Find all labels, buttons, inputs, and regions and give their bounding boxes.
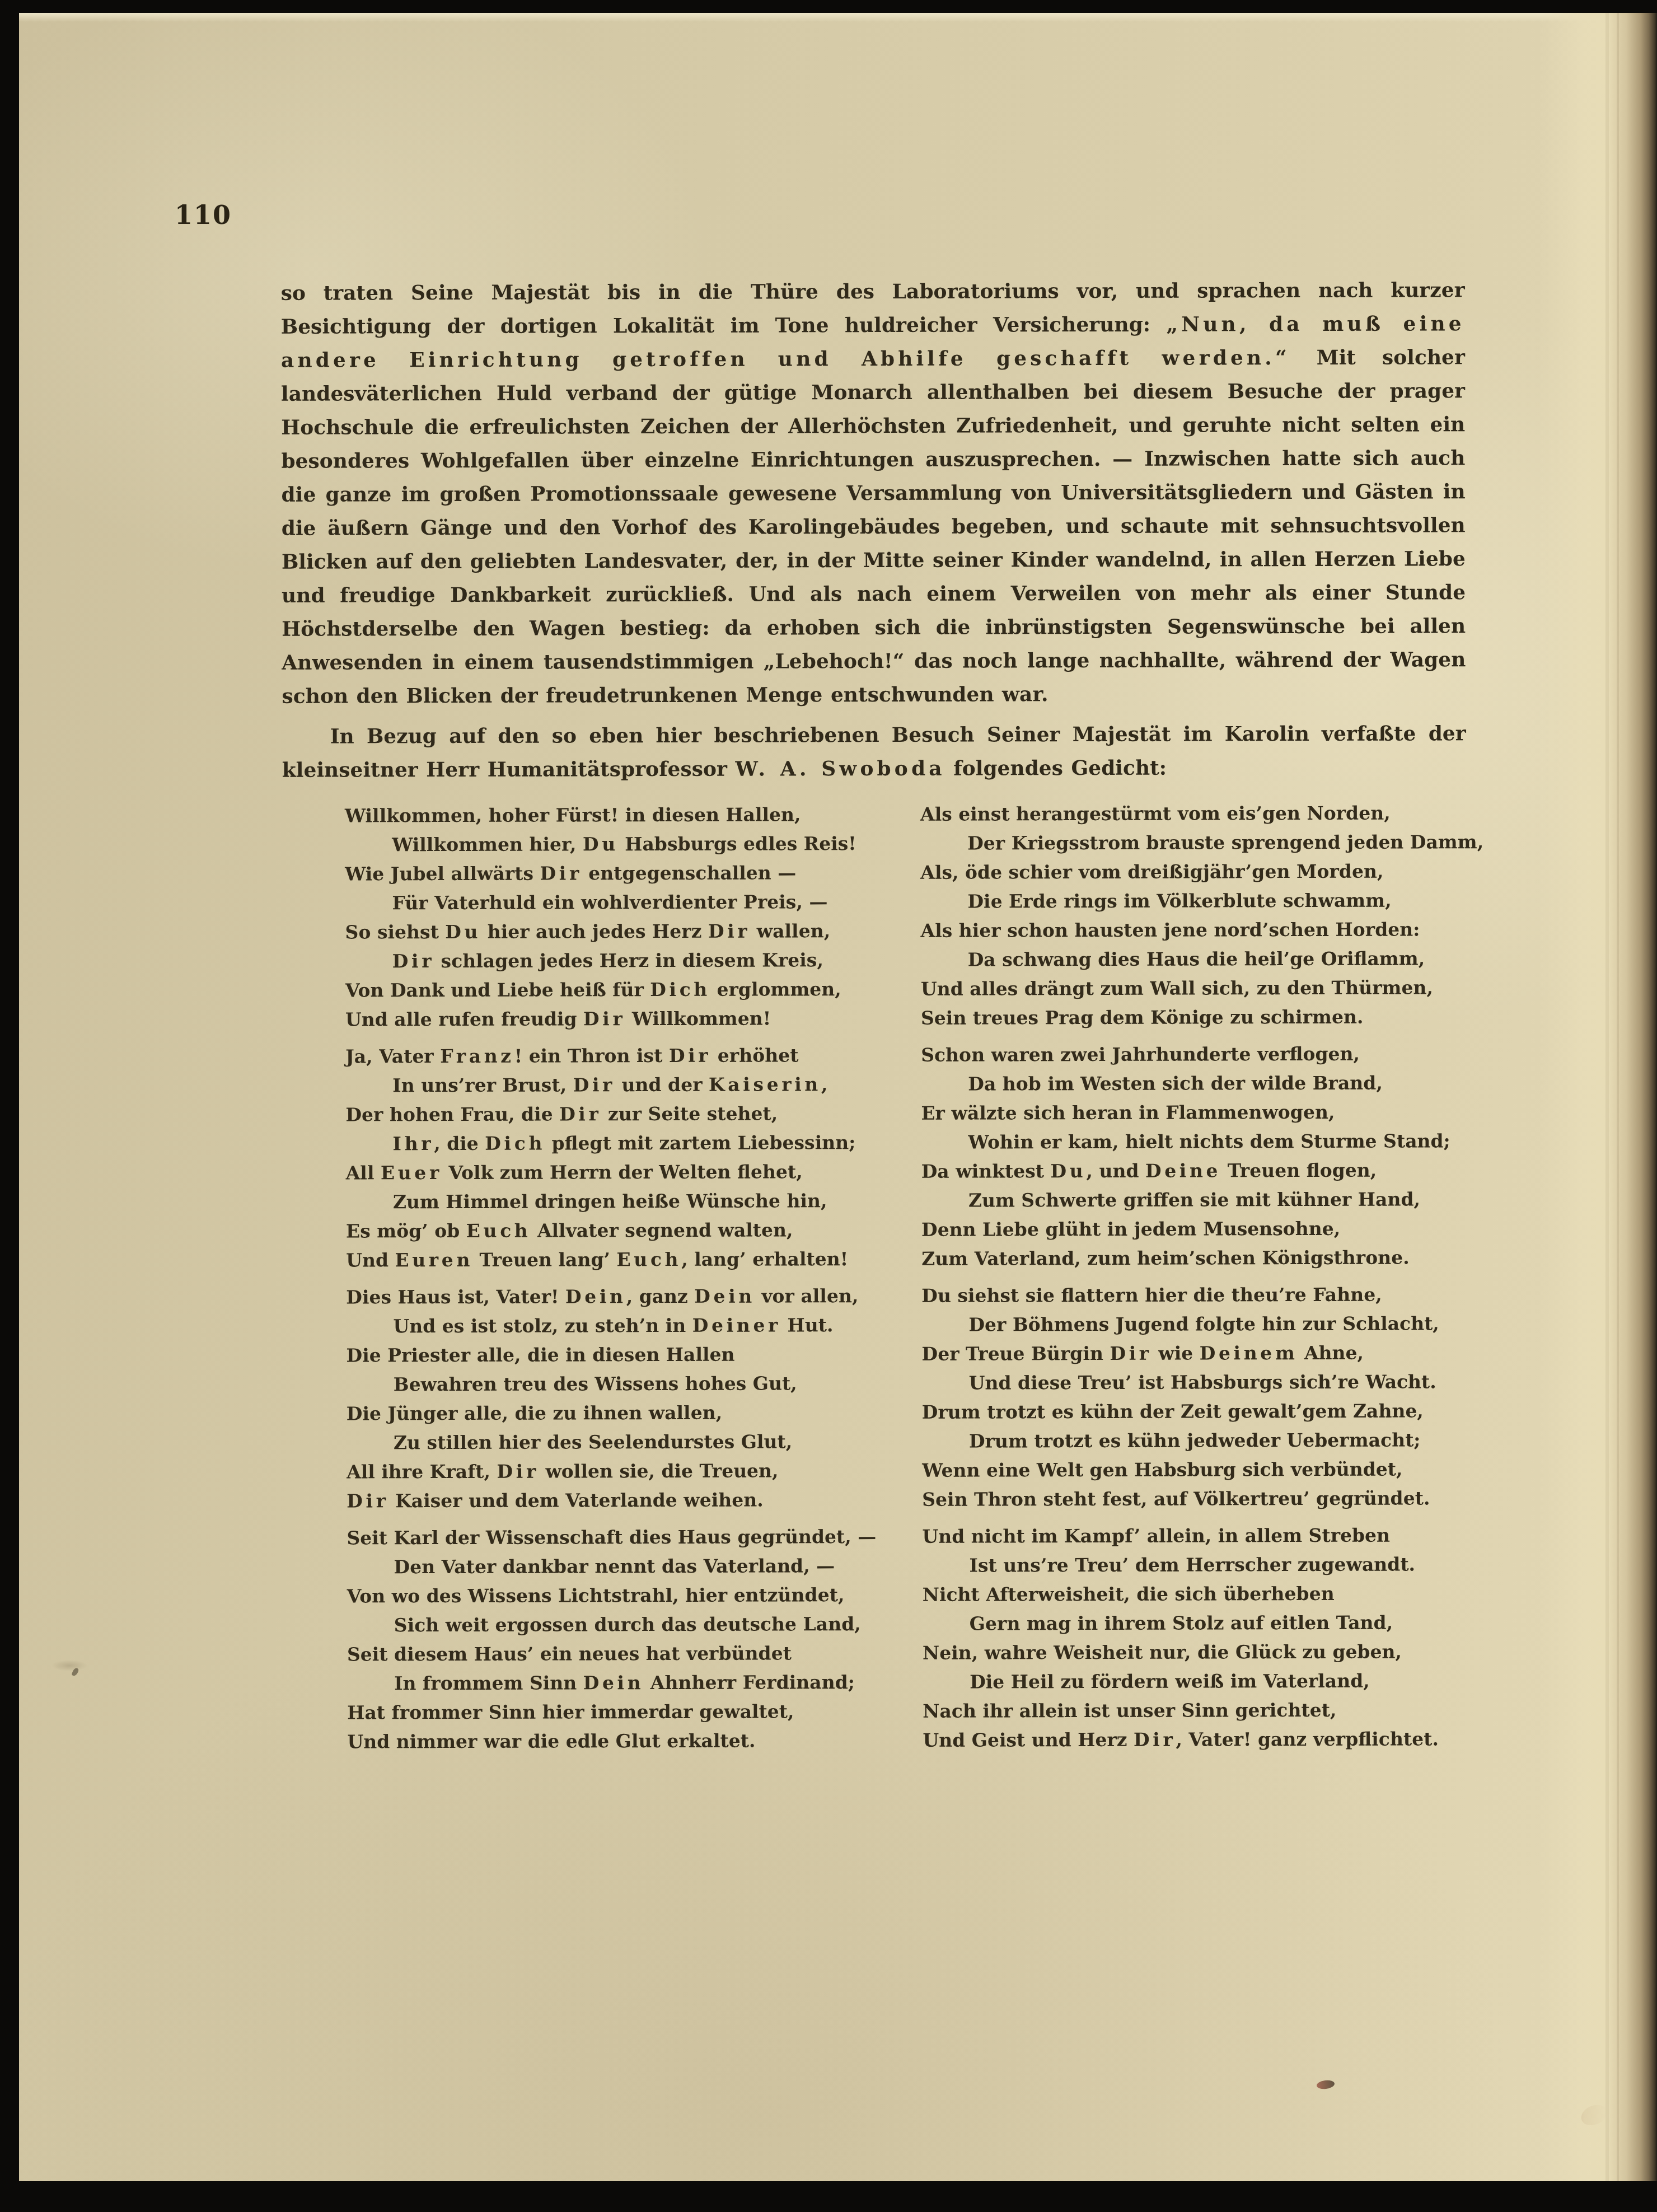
poem-column-right: Als einst herangestürmt vom eis’gen Nord… [920,798,1468,1763]
text-segment: erglommen, [710,978,841,1000]
text-segment: Denn Liebe glüht in jedem Musensohne, [921,1218,1340,1241]
poem-line: Der Treue Bürgin Dir wie Deinem Ahne, [921,1338,1467,1369]
poem-line: Und alle rufen freudig Dir Willkommen! [345,1004,906,1035]
red-speck-stain [1316,2079,1335,2090]
poem-line: Zum Himmel dringen heiße Wünsche hin, [346,1186,907,1217]
text-segment: , die [434,1133,485,1154]
poem-line: Es mög’ ob Euch Allvater segnend walten, [346,1215,907,1246]
poem-line: Der Kriegsstrom brauste sprengend jeden … [920,827,1466,858]
poem-line: Den Vater dankbar nennt das Vaterland, — [347,1551,907,1582]
text-segment: Dein [583,1672,644,1694]
poem-line: Zum Vaterland, zum heim’schen Königsthro… [921,1243,1467,1274]
text-segment: Als einst herangestürmt vom eis’gen Nord… [920,802,1391,825]
prose-paragraph-1: so traten Seine Majestät bis in die Thür… [281,273,1466,713]
text-segment: Von wo des Wissens Lichtstrahl, hier ent… [347,1584,845,1607]
text-segment: Den Vater dankbar nennt das Vaterland, — [394,1555,835,1578]
poem-line: Seit diesem Haus’ ein neues hat verbünde… [347,1639,908,1669]
text-segment: Dir [559,1103,601,1125]
text-segment: Drum trotzt es kühn jedweder Uebermacht; [969,1429,1421,1452]
poem-column-left: Willkommen, hoher Fürst! in diesen Halle… [345,800,908,1765]
text-segment: Ahnherr Ferdinand; [644,1671,855,1694]
poem-stanza: Dies Haus ist, Vater! Dein, ganz Dein vo… [346,1282,907,1516]
poem-line: Dir Kaiser und dem Vaterlande weihen. [347,1485,907,1516]
text-segment: In frommem Sinn [394,1672,583,1694]
text-segment: Du [445,921,481,943]
text-segment: entgegenschallen — [582,862,797,884]
page-number: 110 [175,200,232,230]
text-segment: Nicht Afterweisheit, die sich überheben [923,1583,1335,1606]
text-segment: Er wälzte sich heran in Flammenwogen, [921,1101,1335,1124]
text-segment: Zum Himmel dringen heiße Wünsche hin, [393,1190,827,1213]
poem-line: Ihr, die Dich pflegt mit zartem Liebessi… [346,1128,907,1159]
text-segment: Und diese Treu’ ist Habsburgs sich’re Wa… [969,1371,1436,1393]
poem-line: Als hier schon hausten jene nord’schen H… [921,915,1467,946]
text-segment: pflegt mit zartem Liebessinn; [545,1131,855,1154]
poem-line: Für Vaterhuld ein wohlverdienter Preis, … [345,887,906,918]
poem-line: Dies Haus ist, Vater! Dein, ganz Dein vo… [346,1282,907,1312]
text-segment: Dein [694,1285,755,1307]
text-segment: Habsburgs edles Reis! [619,833,856,855]
text-segment: Willkommen! [625,1007,771,1030]
text-segment: Dir [392,950,434,972]
text-segment: Volk zum Herrn der Welten flehet, [442,1161,803,1184]
poem-line: Da schwang dies Haus die heil’ge Oriflam… [921,944,1467,975]
poem-line: Drum trotzt es kühn jedweder Uebermacht; [922,1425,1468,1456]
text-segment: Schon waren zwei Jahrhunderte verflogen, [921,1043,1360,1066]
text-segment: Wie Jubel allwärts [345,863,540,885]
text-segment: W. A. Swoboda [735,757,945,781]
text-segment: Hat frommer Sinn hier immerdar gewaltet, [347,1700,794,1723]
text-segment: Dir [1134,1729,1176,1751]
poem-line: Die Heil zu fördern weiß im Vaterland, [923,1666,1468,1697]
poem-line: Da hob im Westen sich der wilde Brand, [921,1068,1467,1099]
poem-line: Bewahren treu des Wissens hohes Gut, [347,1369,907,1400]
text-segment: Willkommen hier, [392,833,583,855]
text-segment: Der hohen Frau, die [345,1103,559,1125]
text-segment: Seit diesem Haus’ ein neues hat verbünde… [347,1642,792,1665]
text-segment: Zum Schwerte griffen sie mit kühner Hand… [968,1188,1420,1211]
poem-line: Die Jünger alle, die zu ihnen wallen, [347,1398,907,1429]
text-segment: Der Böhmens Jugend folgte hin zur Schlac… [968,1312,1439,1335]
poem-line: In uns’rer Brust, Dir und der Kaiserin, [345,1070,906,1101]
text-segment: Euren [395,1249,473,1271]
text-segment: Wenn eine Welt gen Habsburg sich verbünd… [922,1458,1402,1481]
text-segment: schlagen jedes Herz in diesem Kreis, [434,949,823,972]
text-segment: Dir [669,1045,711,1067]
poem-line: Willkommen hier, Du Habsburgs edles Reis… [345,829,906,860]
text-segment: Dir [497,1461,539,1483]
poem: Willkommen, hoher Fürst! in diesen Halle… [282,798,1468,1765]
text-segment: Allvater segnend walten, [531,1219,793,1241]
poem-line: Zu stillen hier des Seelendurstes Glut, [347,1427,907,1458]
text-segment: wallen, [750,920,830,942]
poem-line: Sein Thron steht fest, auf Völkertreu’ g… [922,1484,1468,1514]
text-segment: So siehst [345,921,446,943]
poem-line: Und Geist und Herz Dir, Vater! ganz verp… [923,1724,1468,1755]
text-segment: Drum trotzt es kühn der Zeit gewalt’gem … [922,1400,1424,1423]
poem-stanza: Seit Karl der Wissenschaft dies Haus geg… [347,1522,908,1757]
text-segment: Die Erde rings im Völkerblute schwamm, [967,890,1391,913]
poem-line: Seit Karl der Wissenschaft dies Haus geg… [347,1522,907,1553]
poem-line: Nicht Afterweisheit, die sich überheben [923,1579,1468,1610]
text-segment: Für Vaterhuld ein wohlverdienter Preis, … [392,891,827,914]
poem-line: Wenn eine Welt gen Habsburg sich verbünd… [922,1455,1468,1485]
text-segment: zur Seite stehet, [601,1102,778,1125]
text-segment: Kaiserin [709,1073,821,1096]
text-segment: Und alle rufen freudig [345,1008,583,1030]
margin-smudge-stain [52,1660,87,1671]
text-segment: Und es ist stolz, zu steh’n in [393,1315,692,1337]
text-segment: Mit solcher landesväterlichen Huld verba… [281,345,1466,708]
text-segment: Treuen flogen, [1221,1159,1377,1182]
book-page-edges [1539,13,1657,2181]
text-segment: Ahne, [1298,1342,1364,1364]
text-segment: Dich [485,1133,545,1154]
poem-line: In frommem Sinn Dein Ahnherr Ferdinand; [347,1668,908,1699]
poem-line: Die Priester alle, die in diesen Hallen [347,1340,907,1371]
text-segment: , [821,1073,828,1095]
page-content: so traten Seine Majestät bis in die Thür… [281,273,1469,1765]
poem-line: Ja, Vater Franz! ein Thron ist Dir erhöh… [345,1041,906,1072]
text-segment: Euch [616,1248,681,1270]
book-page-scan: 110 so traten Seine Majestät bis in die … [0,0,1657,2212]
text-segment: , ganz [626,1285,695,1307]
poem-line: Von Dank und Liebe heiß für Dich erglomm… [345,975,906,1006]
poem-stanza: Willkommen, hoher Fürst! in diesen Halle… [345,800,906,1035]
text-segment: Dir [573,1074,615,1096]
poem-line: Dir schlagen jedes Herz in diesem Kreis, [345,946,906,976]
text-segment: vor allen, [755,1285,859,1307]
text-segment: Willkommen, hoher Fürst! in diesen Halle… [345,803,801,826]
poem-line: Wohin er kam, hielt nichts dem Sturme St… [921,1126,1467,1157]
text-segment: Es mög’ ob [346,1220,466,1242]
text-segment: Deine [1145,1159,1221,1181]
text-segment: Kaiser und dem Vaterlande weihen. [389,1489,764,1512]
text-segment: Dein [565,1285,626,1307]
text-segment: Nach ihr allein ist unser Sinn gerichtet… [923,1699,1336,1722]
text-segment: Der Treue Bürgin [922,1343,1110,1365]
paper-page: 110 so traten Seine Majestät bis in die … [19,13,1657,2181]
poem-stanza: Du siehst sie flattern hier die theu’re … [921,1280,1468,1514]
text-segment: Die Jünger alle, die zu ihnen wallen, [347,1402,722,1425]
text-segment: wollen sie, die Treuen, [539,1460,779,1482]
text-segment: Die Priester alle, die in diesen Hallen [347,1344,735,1367]
text-segment: Euer [381,1162,442,1184]
poem-line: Und es ist stolz, zu steh’n in Deiner Hu… [346,1311,907,1341]
text-segment: Und nimmer war die edle Glut erkaltet. [347,1730,755,1753]
text-segment: Gern mag in ihrem Stolz auf eitlen Tand, [970,1612,1393,1635]
text-segment: Als, öde schier vom dreißigjähr’gen Mord… [920,861,1383,883]
poem-line: Und nicht im Kampf’ allein, in allem Str… [922,1521,1468,1551]
text-segment: Ist uns’re Treu’ dem Herrscher zugewandt… [970,1553,1416,1576]
text-segment: Zu stillen hier des Seelendurstes Glut, [394,1430,792,1453]
text-segment: Deiner [692,1314,781,1336]
text-segment: Euch [466,1220,531,1242]
text-segment: Nein, wahre Weisheit nur, die Glück zu g… [923,1641,1402,1664]
text-segment: Und nicht im Kampf’ allein, in allem Str… [922,1524,1390,1547]
text-segment: Da schwang dies Haus die heil’ge Oriflam… [968,947,1425,970]
poem-line: Nach ihr allein ist unser Sinn gerichtet… [923,1695,1468,1726]
poem-line: Nein, wahre Weisheit nur, die Glück zu g… [923,1637,1468,1668]
text-segment: Sich weit ergossen durch das deutsche La… [394,1613,861,1636]
text-segment: Die Heil zu fördern weiß im Vaterland, [970,1670,1370,1693]
text-segment: Da winktest [921,1160,1051,1182]
poem-line: Zum Schwerte griffen sie mit kühner Hand… [921,1185,1467,1215]
poem-line: Er wälzte sich heran in Flammenwogen, [921,1097,1467,1128]
text-segment: Sein treues Prag dem Könige zu schirmen. [921,1006,1364,1029]
poem-line: Und nimmer war die edle Glut erkaltet. [347,1726,908,1757]
poem-stanza: Als einst herangestürmt vom eis’gen Nord… [920,798,1467,1033]
poem-line: So siehst Du hier auch jedes Herz Dir wa… [345,916,906,947]
poem-line: Der Böhmens Jugend folgte hin zur Schlac… [921,1309,1467,1340]
poem-line: Ist uns’re Treu’ dem Herrscher zugewandt… [922,1550,1468,1580]
text-segment: Der Kriegsstrom brauste sprengend jeden … [967,831,1483,854]
text-segment: Bewahren treu des Wissens hohes Gut, [394,1372,797,1395]
text-segment: Dir [1110,1343,1152,1364]
text-segment: Ja, Vater [345,1045,440,1067]
text-segment: , und [1086,1160,1145,1182]
text-segment: hier auch jedes Herz [481,920,708,943]
poem-line: Du siehst sie flattern hier die theu’re … [921,1280,1467,1311]
text-segment: Deinem [1200,1342,1298,1364]
text-segment: Dir [347,1490,388,1512]
text-segment: Dir [708,920,750,942]
text-segment: Dir [583,1008,625,1030]
text-segment: Und Geist und Herz [923,1729,1134,1751]
text-segment: Franz [440,1045,514,1067]
text-segment: und der [615,1074,709,1096]
poem-line: Als einst herangestürmt vom eis’gen Nord… [920,798,1466,829]
text-segment: All [346,1162,381,1184]
poem-line: Von wo des Wissens Lichtstrahl, hier ent… [347,1580,908,1611]
poem-line: Da winktest Du, und Deine Treuen flogen, [921,1156,1467,1186]
poem-line: Denn Liebe glüht in jedem Musensohne, [921,1214,1467,1245]
poem-line: Sich weit ergossen durch das deutsche La… [347,1610,908,1640]
text-segment: Zum Vaterland, zum heim’schen Königsthro… [921,1247,1410,1270]
poem-line: Schon waren zwei Jahrhunderte verflogen, [921,1039,1467,1070]
text-segment: Du [1051,1160,1087,1182]
text-segment: Dich [650,979,710,1000]
prose-paragraph-2: In Bezug auf den so eben hier beschriebe… [282,717,1466,787]
poem-line: Gern mag in ihrem Stolz auf eitlen Tand, [923,1608,1468,1639]
text-segment: Dies Haus ist, Vater! [346,1285,565,1308]
text-segment: folgendes Gedicht: [945,756,1167,780]
poem-line: Und Euren Treuen lang’ Euch, lang’ erhal… [346,1245,907,1275]
text-segment: Und alles drängt zum Wall sich, zu den T… [921,976,1433,999]
text-segment: ! ein Thron ist [514,1045,669,1067]
text-segment: , lang’ erhalten! [681,1248,848,1270]
poem-line: Die Erde rings im Völkerblute schwamm, [920,886,1466,916]
text-segment: Treuen lang’ [473,1248,617,1271]
poem-line: Und alles drängt zum Wall sich, zu den T… [921,973,1467,1004]
poem-line: Und diese Treu’ ist Habsburgs sich’re Wa… [922,1367,1468,1398]
text-segment: Du [583,833,619,855]
poem-line: Wie Jubel allwärts Dir entgegenschallen … [345,858,906,889]
text-segment: All ihre Kraft, [347,1461,497,1483]
poem-line: Drum trotzt es kühn der Zeit gewalt’gem … [922,1396,1468,1427]
text-segment: Hut. [781,1314,834,1336]
text-segment: Von Dank und Liebe heiß für [345,979,650,1001]
text-segment: Wohin er kam, hielt nichts dem Sturme St… [968,1130,1450,1153]
text-segment: Ihr [393,1133,434,1154]
page-top-edge-highlight [19,13,1657,22]
poem-stanza: Und nicht im Kampf’ allein, in allem Str… [922,1521,1468,1755]
poem-line: All Euer Volk zum Herrn der Welten flehe… [346,1157,907,1188]
text-segment: Seit Karl der Wissenschaft dies Haus geg… [347,1526,876,1549]
poem-stanza: Schon waren zwei Jahrhunderte verflogen,… [921,1039,1467,1274]
poem-line: All ihre Kraft, Dir wollen sie, die Treu… [347,1456,907,1487]
text-segment: Dir [540,862,582,884]
text-segment: Als hier schon hausten jene nord’schen H… [921,918,1420,941]
poem-line: Sein treues Prag dem Könige zu schirmen. [921,1002,1467,1033]
text-segment: erhöhet [711,1044,798,1066]
text-segment: , Vater! ganz verpflichtet. [1176,1728,1439,1750]
poem-line: Der hohen Frau, die Dir zur Seite stehet… [345,1099,906,1130]
text-segment: Da hob im Westen sich der wilde Brand, [968,1072,1383,1095]
text-segment: Du siehst sie flattern hier die theu’re … [921,1284,1382,1307]
text-segment: Sein Thron steht fest, auf Völkertreu’ g… [922,1487,1430,1510]
text-segment: wie [1152,1342,1200,1364]
poem-stanza: Ja, Vater Franz! ein Thron ist Dir erhöh… [345,1041,907,1275]
poem-line: Als, öde schier vom dreißigjähr’gen Mord… [920,857,1466,887]
text-segment: In uns’rer Brust, [392,1074,573,1096]
poem-line: Hat frommer Sinn hier immerdar gewaltet, [347,1697,908,1728]
poem-line: Willkommen, hoher Fürst! in diesen Halle… [345,800,906,831]
text-segment: Und [346,1249,395,1271]
